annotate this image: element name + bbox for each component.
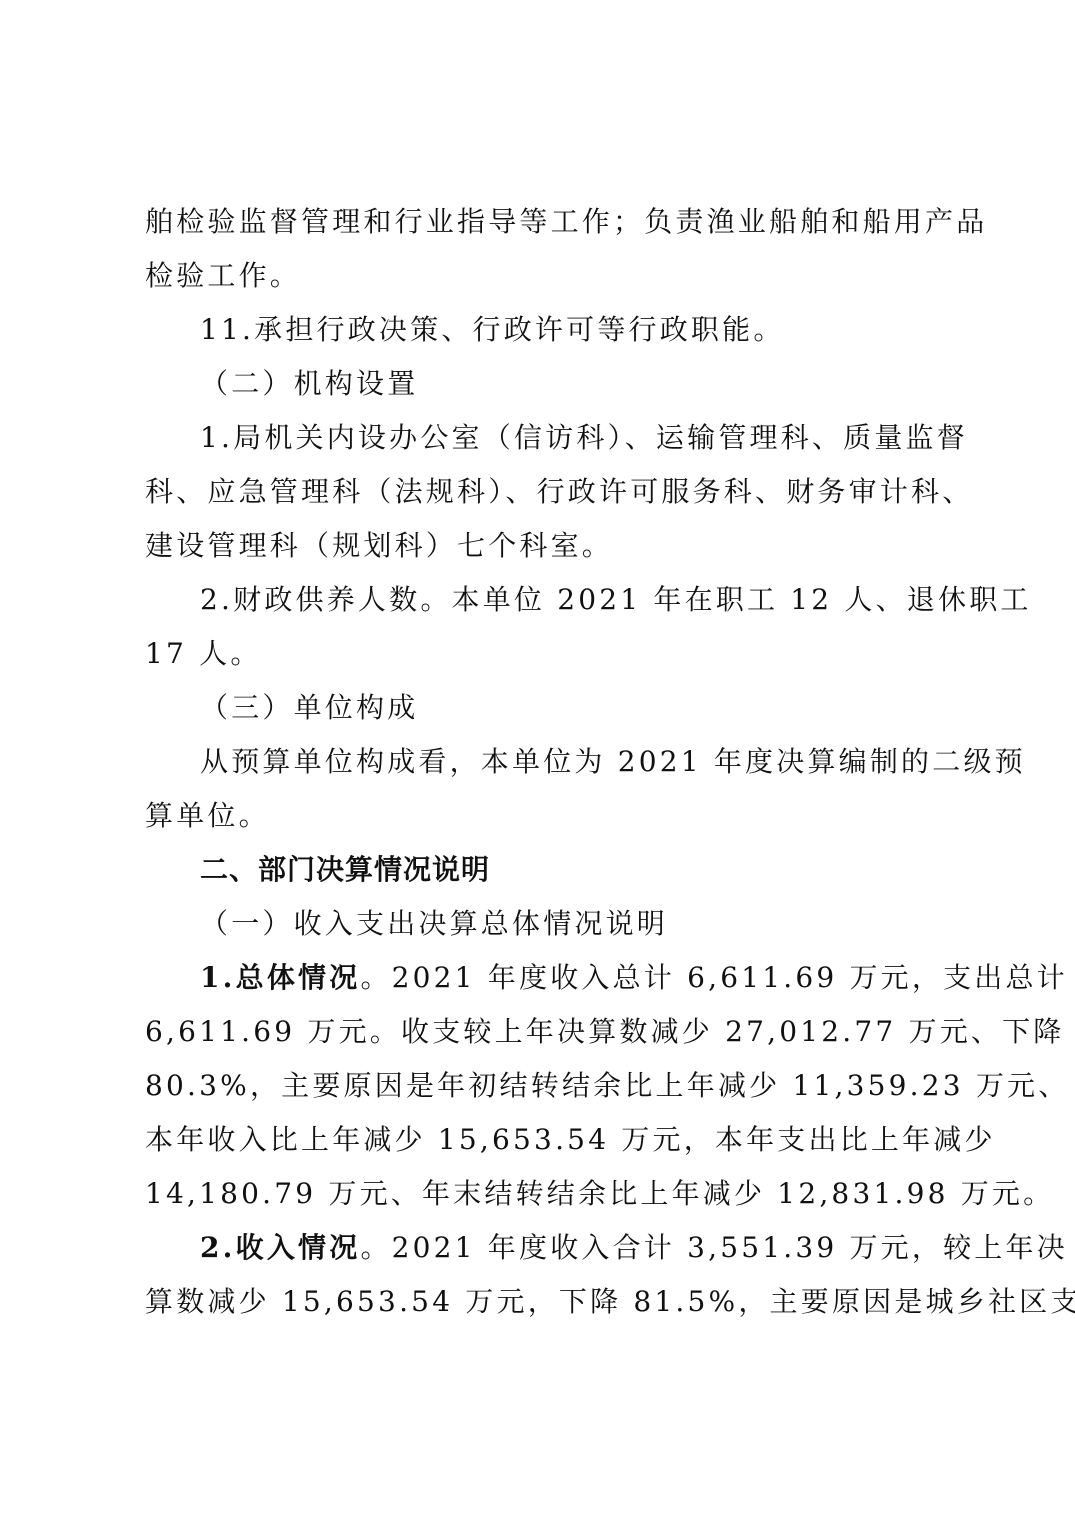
subsection-heading-org-setup: （二）机构设置 (200, 366, 1000, 402)
paragraph-line: 6,611.69 万元。收支较上年决算数减少 27,012.77 万元、下降 (145, 1014, 945, 1050)
paragraph-line: 本年收入比上年减少 15,653.54 万元，本年支出比上年减少 (145, 1122, 945, 1158)
paragraph-line: 1.总体情况。2021 年度收入总计 6,611.69 万元，支出总计 (200, 960, 945, 996)
paragraph-line: 舶检验监督管理和行业指导等工作；负责渔业船舶和船用产品 (145, 204, 945, 240)
section-heading-final-accounts: 二、部门决算情况说明 (200, 852, 1000, 888)
list-item-11: 11.承担行政决策、行政许可等行政职能。 (200, 312, 1000, 348)
paragraph-line: 2.财政供养人数。本单位 2021 年在职工 12 人、退休职工 (200, 582, 945, 618)
inline-bold-label: 2.收入情况 (200, 1231, 360, 1264)
subsection-heading-income-expense: （一）收入支出决算总体情况说明 (200, 906, 1000, 942)
paragraph-line: 科、应急管理科（法规科）、行政许可服务科、财务审计科、 (145, 474, 945, 510)
paragraph-line: 17 人。 (145, 636, 945, 672)
paragraph-line: 检验工作。 (145, 258, 945, 294)
paragraph-line: 2.收入情况。2021 年度收入合计 3,551.39 万元，较上年决 (200, 1230, 945, 1266)
paragraph-line: 算数减少 15,653.54 万元，下降 81.5%，主要原因是城乡社区支 (145, 1284, 945, 1320)
inline-text: 。2021 年度收入合计 3,551.39 万元，较上年决 (360, 1231, 1067, 1264)
document-page: 舶检验监督管理和行业指导等工作；负责渔业船舶和船用产品 检验工作。 11.承担行… (0, 0, 1075, 1521)
paragraph-line: 14,180.79 万元、年末结转结余比上年减少 12,831.98 万元。 (145, 1176, 945, 1212)
paragraph-line: 算单位。 (145, 798, 945, 834)
inline-bold-label: 1.总体情况 (200, 961, 360, 994)
paragraph-line: 从预算单位构成看，本单位为 2021 年度决算编制的二级预 (200, 744, 945, 780)
inline-text: 。2021 年度收入总计 6,611.69 万元，支出总计 (360, 961, 1067, 994)
paragraph-line: 80.3%，主要原因是年初结转结余比上年减少 11,359.23 万元、 (145, 1068, 945, 1104)
subsection-heading-unit-composition: （三）单位构成 (200, 690, 1000, 726)
paragraph-line: 建设管理科（规划科）七个科室。 (145, 528, 945, 564)
paragraph-line: 1.局机关内设办公室（信访科）、运输管理科、质量监督 (200, 420, 945, 456)
